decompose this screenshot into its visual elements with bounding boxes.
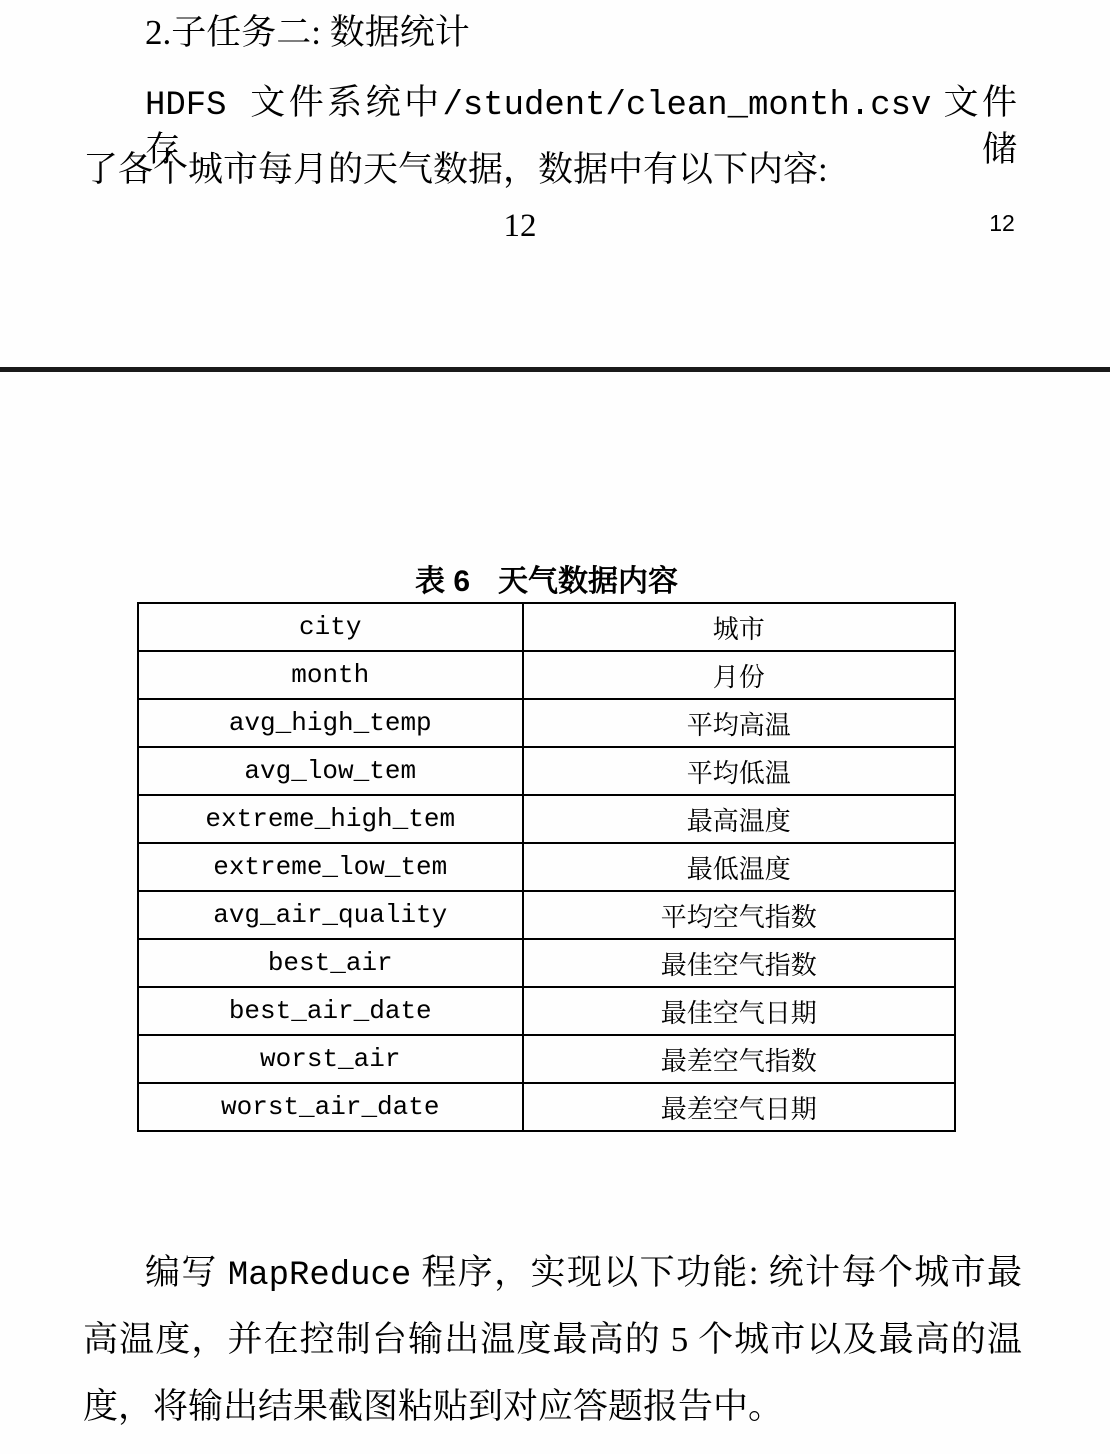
table-row: city 城市 (138, 603, 955, 651)
field-desc-cell: 最佳空气指数 (523, 939, 956, 987)
table-caption-title: 天气数据内容 (498, 565, 678, 598)
text-segment: 个城市以及最高的温 (688, 1320, 1022, 1359)
table-row: month 月份 (138, 651, 955, 699)
field-name-cell: worst_air (138, 1035, 523, 1083)
table-row: worst_air 最差空气指数 (138, 1035, 955, 1083)
field-desc-cell: 最低温度 (523, 843, 956, 891)
field-name-cell: city (138, 603, 523, 651)
field-desc-cell: 城市 (523, 603, 956, 651)
table-row: extreme_high_tem 最高温度 (138, 795, 955, 843)
text-segment: 程序，实现以下功能: 统计每个城市最 (411, 1253, 1022, 1292)
task-paragraph-line: 度，将输出结果截图粘贴到对应答题报告中。 (83, 1385, 783, 1429)
field-name-cell: month (138, 651, 523, 699)
table-row: best_air 最佳空气指数 (138, 939, 955, 987)
table-row: avg_low_tem 平均低温 (138, 747, 955, 795)
mapreduce-keyword: MapReduce (228, 1257, 411, 1295)
table-row: avg_high_temp 平均高温 (138, 699, 955, 747)
task-paragraph-line: 高温度，并在控制台输出温度最高的 5 个城市以及最高的温 (83, 1318, 1022, 1362)
weather-data-table: city 城市 month 月份 avg_high_temp 平均高温 avg_… (137, 602, 956, 1132)
field-name-cell: extreme_high_tem (138, 795, 523, 843)
paragraph-line: 了各个城市每月的天气数据，数据中有以下内容: (83, 148, 828, 192)
field-desc-cell: 最差空气指数 (523, 1035, 956, 1083)
field-name-cell: avg_high_temp (138, 699, 523, 747)
hdfs-keyword: HDFS (145, 87, 250, 125)
table-row: extreme_low_tem 最低温度 (138, 843, 955, 891)
field-desc-cell: 最高温度 (523, 795, 956, 843)
text-segment: 高温度，并在控制台输出温度最高的 (83, 1320, 671, 1359)
field-desc-cell: 平均低温 (523, 747, 956, 795)
table-row: avg_air_quality 平均空气指数 (138, 891, 955, 939)
table-row: best_air_date 最佳空气日期 (138, 987, 955, 1035)
field-name-cell: best_air_date (138, 987, 523, 1035)
table-caption-label: 表 6 (415, 565, 470, 598)
document-page: 2.子任务二: 数据统计 HDFS 文件系统中/student/clean_mo… (0, 0, 1110, 1454)
field-desc-cell: 平均高温 (523, 699, 956, 747)
table-caption: 表 6天气数据内容 (137, 556, 956, 600)
field-desc-cell: 最佳空气日期 (523, 987, 956, 1035)
table-row: worst_air_date 最差空气日期 (138, 1083, 955, 1131)
number-segment: 5 (671, 1320, 689, 1359)
page-break-divider (0, 367, 1110, 372)
field-name-cell: worst_air_date (138, 1083, 523, 1131)
text-segment: 编写 (145, 1253, 228, 1292)
page-number-corner: 12 (962, 210, 1042, 237)
page-number-footer: 12 (450, 208, 590, 245)
text-segment: 文件系统中 (250, 83, 442, 122)
section-heading: 2.子任务二: 数据统计 (145, 11, 470, 55)
field-desc-cell: 月份 (523, 651, 956, 699)
task-paragraph-line: 编写 MapReduce 程序，实现以下功能: 统计每个城市最 (145, 1251, 1022, 1298)
field-desc-cell: 平均空气指数 (523, 891, 956, 939)
csv-file-path: /student/clean_month.csv (443, 87, 932, 125)
field-name-cell: avg_low_tem (138, 747, 523, 795)
field-desc-cell: 最差空气日期 (523, 1083, 956, 1131)
field-name-cell: best_air (138, 939, 523, 987)
field-name-cell: extreme_low_tem (138, 843, 523, 891)
field-name-cell: avg_air_quality (138, 891, 523, 939)
